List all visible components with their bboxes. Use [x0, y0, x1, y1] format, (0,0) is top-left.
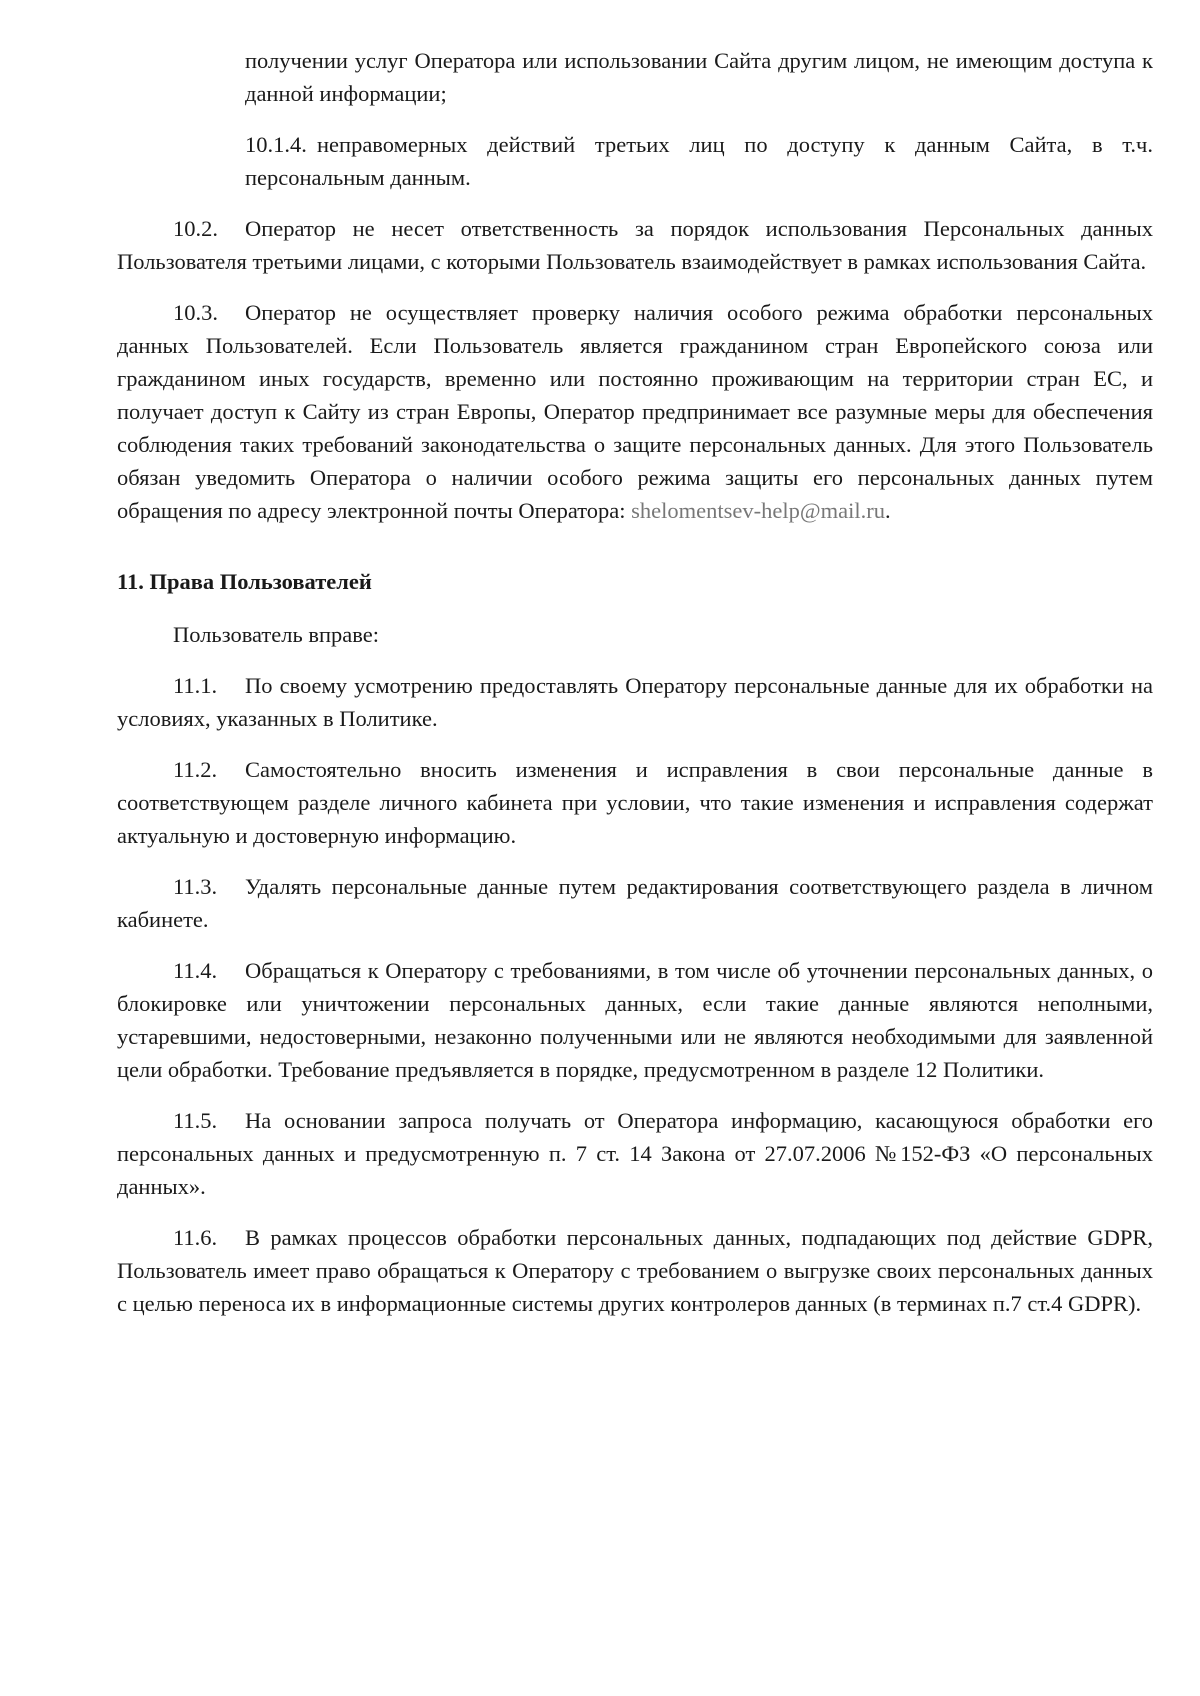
- clause-number: 11.2.: [173, 753, 245, 786]
- clause-number: 11.3.: [173, 870, 245, 903]
- paragraph-11-4: 11.4.Обращаться к Оператору с требования…: [117, 954, 1153, 1086]
- clause-text: В рамках процессов обработки персональны…: [117, 1225, 1153, 1316]
- clause-text: Удалять персональные данные путем редакт…: [117, 874, 1153, 932]
- clause-number: 10.3.: [173, 296, 245, 329]
- paragraph-10-3: 10.3.Оператор не осуществляет проверку н…: [117, 296, 1153, 527]
- paragraph-10-1-3-continuation: получении услуг Оператора или использова…: [245, 44, 1153, 110]
- paragraph-11-6: 11.6.В рамках процессов обработки персон…: [117, 1221, 1153, 1320]
- paragraph-11-5: 11.5.На основании запроса получать от Оп…: [117, 1104, 1153, 1203]
- clause-text: неправомерных действий третьих лиц по до…: [245, 132, 1153, 190]
- clause-text: Обращаться к Оператору с требованиями, в…: [117, 958, 1153, 1082]
- paragraph-11-1: 11.1.По своему усмотрению предоставлять …: [117, 669, 1153, 735]
- paragraph-11-3: 11.3.Удалять персональные данные путем р…: [117, 870, 1153, 936]
- clause-number: 11.1.: [173, 669, 245, 702]
- clause-number: 11.5.: [173, 1104, 245, 1137]
- clause-number: 10.2.: [173, 212, 245, 245]
- paragraph-10-2: 10.2.Оператор не несет ответственность з…: [117, 212, 1153, 278]
- clause-number: 11.6.: [173, 1221, 245, 1254]
- paragraph-10-1-4: 10.1.4.неправомерных действий третьих ли…: [245, 128, 1153, 194]
- section-11-heading: 11. Права Пользователей: [117, 565, 1153, 598]
- clause-tail: .: [885, 498, 891, 523]
- paragraph-11-2: 11.2.Самостоятельно вносить изменения и …: [117, 753, 1153, 852]
- clause-text: По своему усмотрению предоставлять Опера…: [117, 673, 1153, 731]
- clause-text: На основании запроса получать от Операто…: [117, 1108, 1153, 1199]
- operator-email-link[interactable]: shelomentsev-help@mail.ru: [631, 498, 885, 523]
- section-11-intro: Пользователь вправе:: [117, 618, 1153, 651]
- document-page: получении услуг Оператора или использова…: [117, 44, 1153, 1338]
- clause-text: Самостоятельно вносить изменения и испра…: [117, 757, 1153, 848]
- clause-text: Оператор не осуществляет проверку наличи…: [117, 300, 1153, 523]
- clause-text: Оператор не несет ответственность за пор…: [117, 216, 1153, 274]
- clause-number: 11.4.: [173, 954, 245, 987]
- clause-number: 10.1.4.: [245, 128, 317, 161]
